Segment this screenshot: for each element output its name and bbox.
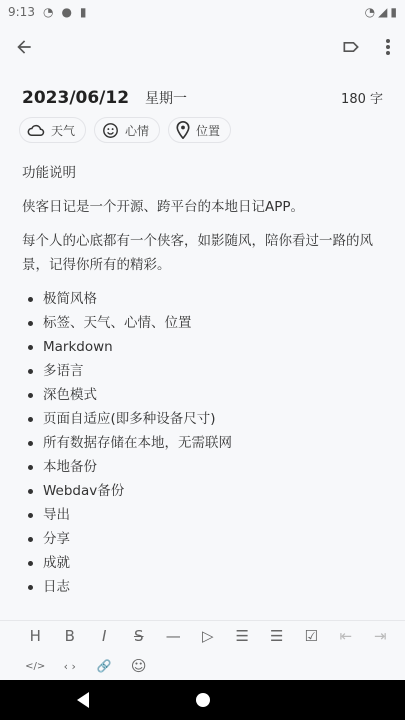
cloud-icon [27,123,45,137]
tag-icon[interactable] [341,37,361,57]
status-bar: 9:13 ◔ ● ▮ ◔◢▮ [0,0,405,24]
chip-label: 位置 [196,122,220,139]
weather-chip[interactable]: 天气 [19,117,86,143]
list-item: 多语言 [22,359,383,383]
location-chip[interactable]: 位置 [168,117,231,143]
nav-back-icon[interactable] [77,692,89,708]
list-item: 本地备份 [22,455,383,479]
status-time: 9:13 [8,5,35,19]
markdown-toolbar: H B I S — ▷ ☰ ☰ ☑ ⇤ ⇥ </> ‹ › 🔗 ☺ [0,620,405,680]
italic-icon[interactable]: I [87,627,122,645]
list-item: 标签、天气、心情、位置 [22,311,383,335]
nav-home-icon[interactable] [196,693,210,707]
content-heading: 功能说明 [22,161,383,185]
location-pin-icon [176,121,190,139]
list-item: Webdav备份 [22,479,383,503]
checkbox-icon[interactable]: ☑ [294,627,329,645]
word-count: 180 字 [341,88,383,107]
content-paragraph: 每个人的心底都有一个侠客，如影随风，陪你看过一路的风景，记得你所有的精彩。 [22,229,383,277]
back-arrow-icon[interactable] [14,37,34,57]
more-vert-icon[interactable] [385,37,391,57]
feature-list: 极简风格 标签、天气、心情、位置 Markdown 多语言 深色模式 页面自适应… [22,287,383,599]
mood-chip[interactable]: 心情 [94,117,160,143]
list-item: 所有数据存储在本地，无需联网 [22,431,383,455]
strikethrough-icon[interactable]: S [122,627,157,645]
list-item: 日志 [22,575,383,599]
send-icon[interactable]: ▷ [191,627,226,645]
list-item: Markdown [22,335,383,359]
bold-icon[interactable]: B [53,627,88,645]
bullet-list-icon[interactable]: ☰ [225,627,260,645]
app-bar [0,24,405,70]
entry-header: 2023/06/12 星期一 180 字 [0,88,405,108]
entry-weekday: 星期一 [145,88,187,108]
list-item: 导出 [22,503,383,527]
system-nav-bar [0,680,405,720]
list-item: 成就 [22,551,383,575]
inline-code-icon[interactable]: ‹ › [53,660,88,673]
smile-icon [102,122,119,139]
sd-card-icon: ▮ [80,5,87,19]
list-item: 极简风格 [22,287,383,311]
battery-icon: ▮ [390,5,397,19]
app-notification-icon: ● [61,5,71,19]
emoji-icon[interactable]: ☺ [122,657,157,675]
cell-signal-icon: ◢ [378,5,387,19]
heading-icon[interactable]: H [18,627,53,645]
wifi-icon: ◔ [43,5,53,19]
entry-date[interactable]: 2023/06/12 [22,88,129,108]
horizontal-rule-icon[interactable]: — [156,627,191,645]
indent-icon[interactable]: ⇥ [363,627,398,645]
chip-label: 天气 [51,122,75,139]
list-item: 页面自适应(即多种设备尺寸) [22,407,383,431]
numbered-list-icon[interactable]: ☰ [260,627,295,645]
chip-row: 天气 心情 位置 [0,117,405,143]
link-icon[interactable]: 🔗 [87,659,122,673]
code-block-icon[interactable]: </> [18,661,53,672]
wifi-signal-icon: ◔ [365,5,375,19]
list-item: 深色模式 [22,383,383,407]
content-paragraph: 侠客日记是一个开源、跨平台的本地日记APP。 [22,195,383,219]
chip-label: 心情 [125,122,149,139]
outdent-icon[interactable]: ⇤ [329,627,364,645]
list-item: 分享 [22,527,383,551]
entry-content[interactable]: 功能说明 侠客日记是一个开源、跨平台的本地日记APP。 每个人的心底都有一个侠客… [0,161,405,599]
